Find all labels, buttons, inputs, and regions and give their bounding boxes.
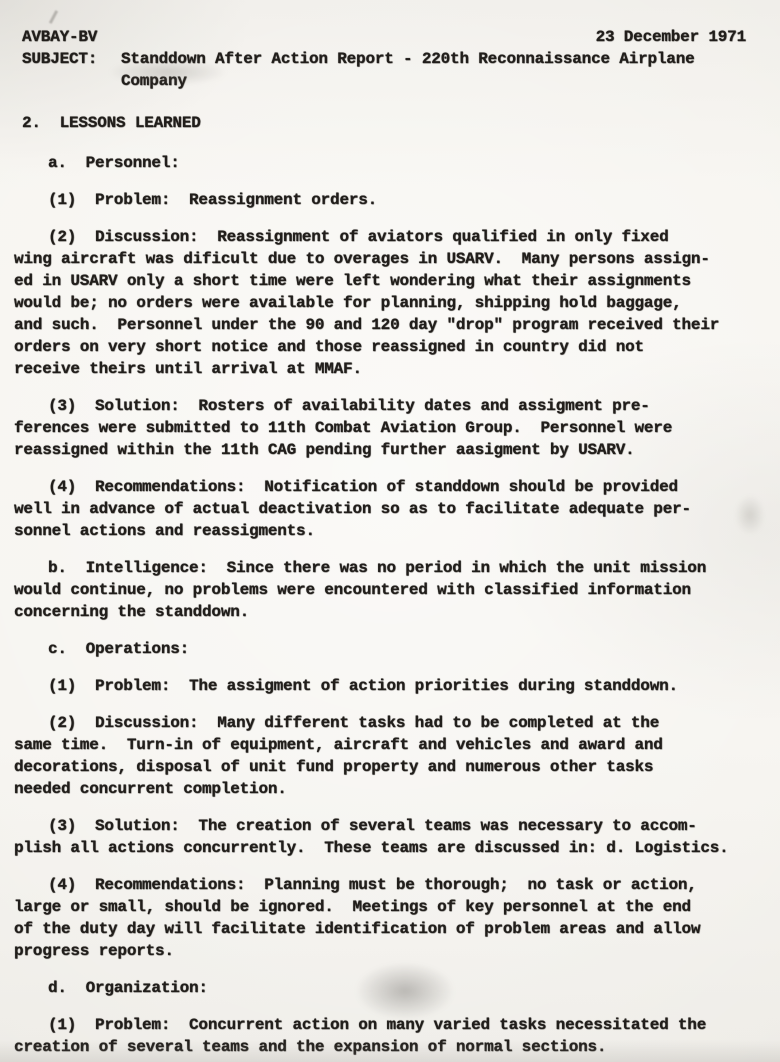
subject-text: Standdown After Action Report - 220th Re… xyxy=(121,48,695,92)
paragraph-b-intelligence: b. Intelligence: Since there was no peri… xyxy=(14,557,762,623)
paragraph-c-4-recommendations: (4) Recommendations: Planning must be th… xyxy=(14,874,762,962)
paragraph-a-4-recommendations: (4) Recommendations: Notification of sta… xyxy=(14,476,762,542)
paragraph-c-operations: c. Operations: xyxy=(14,638,762,660)
subject-label: SUBJECT: xyxy=(22,48,121,92)
subject-line: SUBJECT: Standdown After Action Report -… xyxy=(22,48,762,92)
paragraph-a-1-problem: (1) Problem: Reassignment orders. xyxy=(14,189,762,211)
document-header: AVBAY-BV 23 December 1971 xyxy=(22,26,762,48)
scan-scratch xyxy=(49,10,58,24)
paragraph-a-3-solution: (3) Solution: Rosters of availability da… xyxy=(14,395,762,461)
paragraph-c-2-discussion: (2) Discussion: Many different tasks had… xyxy=(14,712,762,800)
paragraph-c-3-solution: (3) Solution: The creation of several te… xyxy=(14,815,762,859)
paragraph-d-organization: d. Organization: xyxy=(14,977,762,999)
paragraph-a-2-discussion: (2) Discussion: Reassignment of aviators… xyxy=(14,226,762,380)
section-heading-lessons-learned: 2. LESSONS LEARNED xyxy=(22,112,762,134)
office-symbol: AVBAY-BV xyxy=(22,26,97,48)
document-date: 23 December 1971 xyxy=(596,26,746,48)
paragraph-d-1-problem: (1) Problem: Concurrent action on many v… xyxy=(14,1014,762,1058)
paragraph-a-personnel: a. Personnel: xyxy=(14,152,762,174)
document-page: AVBAY-BV 23 December 1971 SUBJECT: Stand… xyxy=(0,0,780,1062)
paragraph-c-1-problem: (1) Problem: The assigment of action pri… xyxy=(14,675,762,697)
